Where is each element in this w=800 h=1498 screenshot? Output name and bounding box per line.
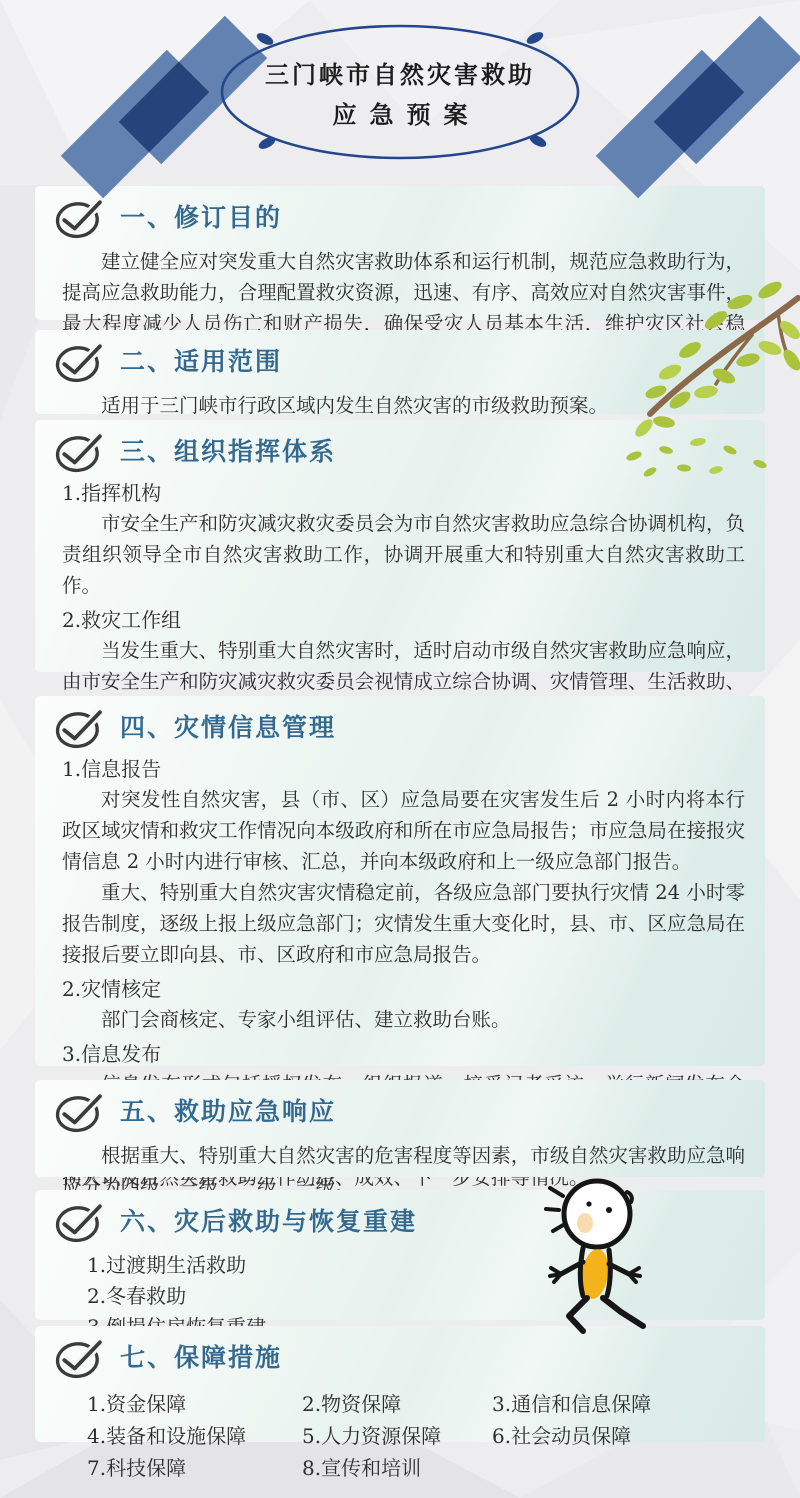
- section-head: 一、修订目的: [62, 196, 745, 240]
- check-ellipse-icon: [54, 340, 106, 384]
- section-safeguard-measures: 七、保障措施 1.资金保障 2.物资保障 3.通信和信息保障 4.装备和设施保障…: [35, 1326, 765, 1442]
- page-title: 三门峡市自然灾害救助 应急预案: [230, 55, 570, 135]
- blue-ribbon-pair-right: [585, 22, 800, 182]
- check-ellipse-icon: [54, 706, 106, 750]
- check-ellipse-icon: [54, 1200, 106, 1244]
- check-ellipse-icon: [54, 196, 106, 240]
- sub-item-label: 3.信息发布: [62, 1039, 745, 1069]
- grid-item: 1.资金保障: [87, 1388, 302, 1420]
- sub-item-label: 2.灾情核定: [62, 974, 745, 1004]
- running-stick-figure-illustration: [543, 1176, 653, 1336]
- measures-grid: 1.资金保障 2.物资保障 3.通信和信息保障 4.装备和设施保障 5.人力资源…: [87, 1388, 745, 1484]
- section-heading: 二、适用范围: [120, 340, 282, 384]
- grid-item: 4.装备和设施保障: [87, 1420, 302, 1452]
- section-heading: 三、组织指挥体系: [120, 430, 336, 474]
- check-ellipse-icon: [54, 1336, 106, 1380]
- section-heading: 五、救助应急响应: [120, 1090, 336, 1134]
- section-heading: 一、修订目的: [120, 196, 282, 240]
- section-heading: 六、灾后救助与恢复重建: [120, 1200, 417, 1244]
- section-heading: 四、灾情信息管理: [120, 706, 336, 750]
- grid-item: 6.社会动员保障: [492, 1420, 745, 1452]
- grid-item: 7.科技保障: [87, 1452, 302, 1484]
- grid-item: 2.物资保障: [302, 1388, 492, 1420]
- sub-item-text: 对突发性自然灾害，县（市、区）应急局要在灾害发生后 2 小时内将本行政区域灾情和…: [62, 784, 745, 877]
- sub-item-text: 重大、特别重大自然灾害灾情稳定前，各级应急部门要执行灾情 24 小时零报告制度，…: [62, 877, 745, 970]
- check-ellipse-icon: [54, 430, 106, 474]
- section-emergency-response: 五、救助应急响应 根据重大、特别重大自然灾害的危害程度等因素，市级自然灾害救助应…: [35, 1080, 765, 1177]
- page-title-line1: 三门峡市自然灾害救助: [230, 55, 570, 95]
- sub-item-text: 市安全生产和防灾减灾救灾委员会为市自然灾害救助应急综合协调机构，负责组织领导全市…: [62, 508, 745, 601]
- section-head: 四、灾情信息管理: [62, 706, 745, 750]
- sub-item-label: 1.信息报告: [62, 754, 745, 784]
- grid-item: 8.宣传和培训: [302, 1452, 492, 1484]
- check-ellipse-icon: [54, 1090, 106, 1134]
- leaf-branch-illustration: [620, 280, 800, 480]
- sub-item-label: 1.指挥机构: [62, 478, 745, 508]
- grid-item: 5.人力资源保障: [302, 1420, 492, 1452]
- section-disaster-info-management: 四、灾情信息管理 1.信息报告 对突发性自然灾害，县（市、区）应急局要在灾害发生…: [35, 696, 765, 1066]
- section-heading: 七、保障措施: [120, 1336, 282, 1380]
- sub-item-text: 部门会商核定、专家小组评估、建立救助台账。: [62, 1004, 745, 1035]
- section-post-disaster-recovery: 六、灾后救助与恢复重建 1.过渡期生活救助 2.冬春救助 3.倒损住房恢复重建: [35, 1190, 765, 1320]
- section-head: 五、救助应急响应: [62, 1090, 745, 1134]
- sub-item-label: 2.救灾工作组: [62, 605, 745, 635]
- page-title-line2: 应急预案: [230, 95, 570, 135]
- section-head: 七、保障措施: [62, 1336, 745, 1380]
- grid-item: 3.通信和信息保障: [492, 1388, 745, 1420]
